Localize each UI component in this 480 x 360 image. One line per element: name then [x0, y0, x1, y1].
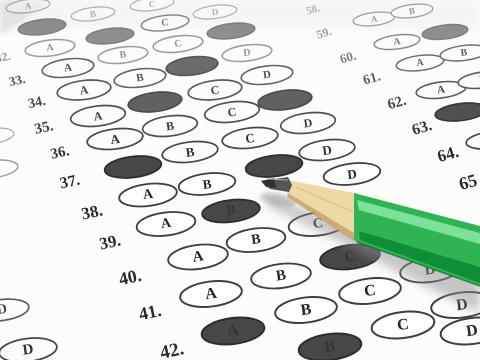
bubble-letter: C: [396, 316, 410, 334]
bubble-letter: D: [465, 322, 479, 340]
bubble-letter: C: [161, 17, 170, 29]
bubble-letter: C: [174, 38, 183, 50]
bubble-letter: C: [363, 282, 377, 300]
bubble-letter: C: [148, 0, 156, 9]
question-number: 42.: [158, 338, 186, 360]
bubble-letter-ghost: C: [344, 248, 357, 265]
bubble-letter: D: [262, 68, 272, 81]
bubble-letter: A: [436, 83, 446, 96]
bubble-letter: D: [243, 47, 252, 59]
bubble-letter: A: [63, 61, 73, 74]
answer-sheet-photo: ABCDC32.ABCD33.ABD34.AC35.ABCD36.ABCD37.…: [0, 0, 480, 360]
scantron-scene: ABCDC32.ABCD33.ABD34.AC35.ABCD36.ABCD37.…: [0, 0, 480, 360]
